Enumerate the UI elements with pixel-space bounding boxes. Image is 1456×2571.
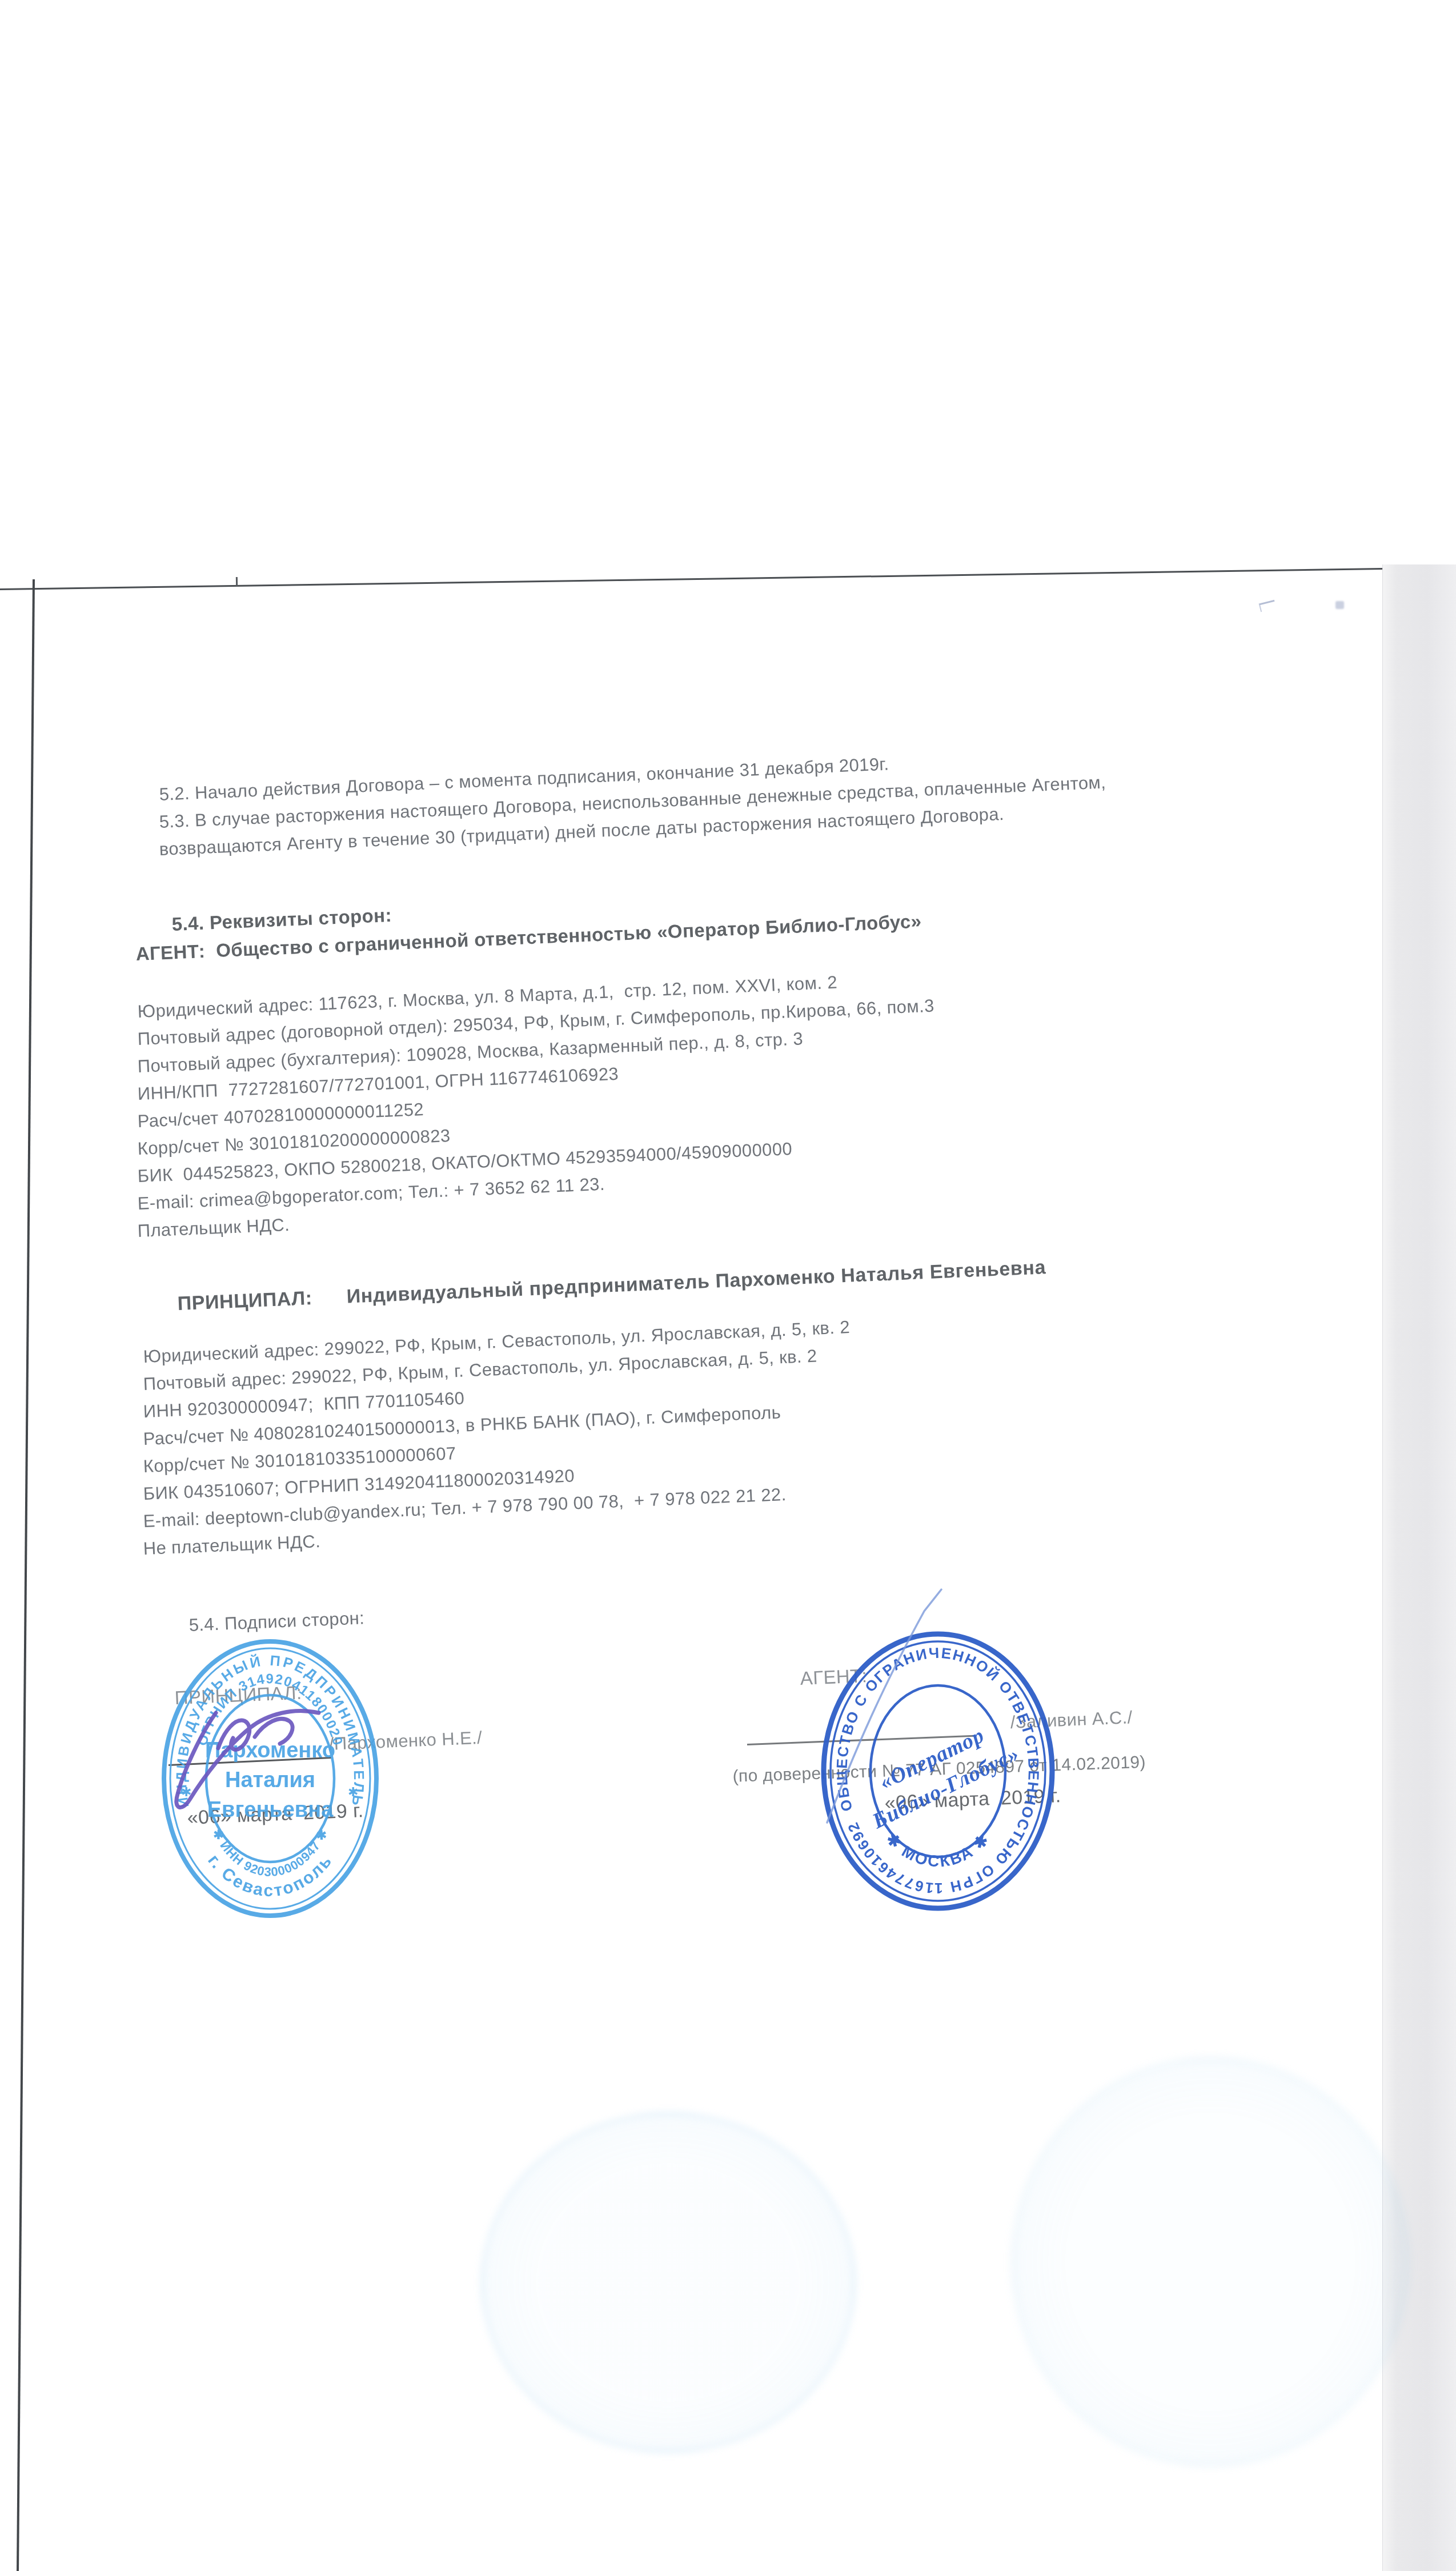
agent-attorney-note: (по доверенности № 77 АГ 0254897 от 14.0… [732, 1752, 1146, 1787]
stamp-owner-firstname: Наталия [225, 1768, 315, 1792]
agent-pen-stroke [827, 1589, 941, 1823]
scanner-background-strip [1382, 564, 1456, 2571]
page-left-edge-line [17, 579, 35, 2571]
stamp-city-text: ✱ МОСКВА ✱ [883, 1830, 993, 1871]
scanned-contract-page: 5.2. Начало действия Договора – с момент… [0, 0, 1456, 2571]
page-top-edge-line [0, 568, 1391, 590]
principal-signature-line [169, 1757, 331, 1765]
stamp-inn-text: ✱ ИНН 920300000947 ✱ [210, 1827, 331, 1879]
agent-signature-line [747, 1735, 974, 1745]
agent-date: «06» марта 2019 г. [884, 1784, 1061, 1815]
principal-signature-name: /Пархоменко Н.Е./ [328, 1727, 483, 1755]
agent-signature-name: /Заливин А.С./ [1010, 1707, 1133, 1733]
principal-date: «06» марта 2019 г. [187, 1799, 364, 1830]
stamp-bleedthrough-ghost [1011, 2057, 1410, 2467]
stamp-bleedthrough-ghost [480, 2111, 857, 2454]
signatures-heading: 5.4. Подписи сторон: [188, 1607, 365, 1636]
page-edge-tick [236, 577, 238, 586]
stamp-star-icon: ✱ [348, 1785, 358, 1799]
doc-line: Не плательщик НДС. [143, 1531, 321, 1559]
stamp-star-icon: ✱ [181, 1785, 191, 1799]
scan-smudge-mark [1335, 601, 1344, 609]
svg-text:✱ ИНН 920300000947 ✱: ✱ ИНН 920300000947 ✱ [210, 1827, 331, 1879]
principal-round-stamp: ИНДИВИДУАЛЬНЫЙ ПРЕДПРИНИМАТЕЛЬ ОГРНИП 31… [145, 1627, 396, 1936]
agent-signature-label: АГЕНТ: [800, 1664, 868, 1689]
principal-signature-label: ПРИНЦИПАЛ: [174, 1681, 302, 1709]
doc-line: Плательщик НДС. [137, 1214, 290, 1242]
svg-text:ИНДИВИДУАЛЬНЫЙ ПРЕДПРИНИМАТЕЛ: ИНДИВИДУАЛЬНЫЙ ПРЕДПРИНИМАТЕЛЬ [174, 1652, 367, 1809]
doc-line: Расч/счет 40702810000000011252 [137, 1099, 424, 1132]
stamp-ring-text: ИНДИВИДУАЛЬНЫЙ ПРЕДПРИНИМАТЕЛЬ [174, 1652, 367, 1809]
principal-heading: ПРИНЦИПАЛ: Индивидуальный предпринимател… [177, 1256, 1046, 1315]
svg-text:✱ МОСКВА ✱: ✱ МОСКВА ✱ [883, 1830, 993, 1871]
scan-smudge-mark [1259, 600, 1277, 612]
section-requisites-heading: 5.4. Реквизиты сторон: [171, 904, 392, 936]
svg-text:г. Севастополь: г. Севастополь [204, 1851, 336, 1900]
stamp-city-text: г. Севастополь [204, 1851, 336, 1900]
